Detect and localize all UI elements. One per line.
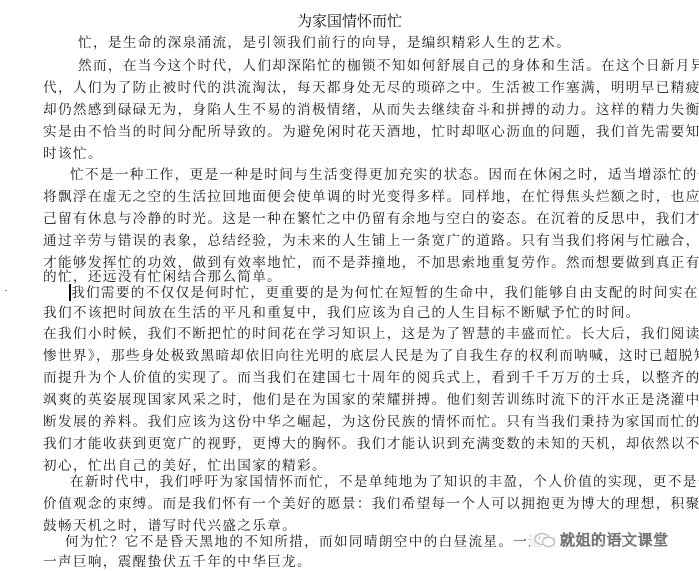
margin-mark	[5, 290, 7, 291]
text-line: 忙，是生命的深泉涌流，是引领我们前行的向导，是编织精彩人生的艺术。	[78, 34, 571, 52]
text-line: 一声巨响，震醒蛰伏五千年的中华巨龙。	[43, 553, 312, 571]
text-line: 代，人们为了防止被时代的洪流淘汰，每天都身处无尽的琐碎之中。生活被工作塞满，明明…	[43, 79, 699, 97]
watermark: 就姐的语文课堂	[530, 529, 673, 550]
text-line: 飒爽的英姿展现国家风采之时，他们是在为国家的荣耀拼搏。他们刻苦训练时流下的汗水正…	[43, 391, 699, 409]
text-line: 忙不是一种工作，更是一种是时间与生活变得更加充实的状态。因而在休闲之时，适当增添…	[70, 166, 699, 184]
text-line: 然而，在当今这个时代，人们却深陷忙的枷锁不知如何舒展自己的身体和生活。在这个日新…	[78, 57, 699, 75]
text-line: 实是由不恰当的时间分配所导致的。为避免闲时花天酒地，忙时却呕心沥血的问题，我们首…	[43, 123, 699, 141]
text-line: 在我们小时候，我们不断把忙的时间花在学习知识上，这是为了智慧的丰盛而忙。长大后，…	[43, 325, 699, 343]
watermark-text: 就姐的语文课堂	[560, 529, 669, 550]
text-line: 我们才能收获到更宽广的视野，更博大的胸怀。我们才能认识到充满变数的未知的天机，却…	[43, 435, 699, 453]
text-line: 惨世界》，那些身处极致黑暗却依旧向往光明的底层人民是为了自我生存的权利而呐喊，这…	[43, 347, 699, 365]
text-line: 通过辛劳与错误的表象，总结经验，为未来的人生铺上一条宽广的道路。只有当我们将闲与…	[43, 232, 699, 250]
text-line: 时该忙。	[43, 145, 103, 163]
wechat-logo-icon	[534, 532, 556, 548]
text-line: 我们不该把时间放在生活的平凡和重复中，我们应该为自己的人生目标不断赋予忙的时间。	[43, 304, 641, 322]
text-line: 我们需要的不仅仅是何时忙，更重要的是为何忙在短暂的生命中，我们能够自由支配的时间…	[71, 284, 699, 302]
text-line: 己留有休息与冷静的时光。这是一种在繁忙之中仍留有余地与空白的姿态。在沉着的反思中…	[43, 210, 699, 228]
text-line: 将飘浮在虚无之空的生活拉回地面便会使单调的时光变得多样。同样地，在忙得焦头烂额之…	[43, 188, 699, 206]
essay-title: 为家国情怀而忙	[0, 10, 699, 31]
text-line: 断发展的养料。我们应该为这份中华之崛起，为这份民族的情怀而忙。只有当我们秉持为家…	[43, 413, 699, 431]
text-line: 而提升为个人价值的实现了。而当我们在建国七十周年的阅兵式上，看到千千万万的士兵，…	[43, 369, 699, 387]
text-line: 却仍然感到碌碌无为，身陷人生不易的消极情绪，从而失去继续奋斗和拼搏的动力。这样的…	[43, 101, 699, 119]
text-line: 在新时代中，我们呼吁为家国情怀而忙，不是单纯地为了知识的丰盈，个人价值的实现，更…	[70, 473, 699, 491]
text-line: 价值观念的束缚。而是我们怀有一个美好的愿景：我们希望每一个人可以拥抱更为博大的理…	[43, 495, 699, 513]
